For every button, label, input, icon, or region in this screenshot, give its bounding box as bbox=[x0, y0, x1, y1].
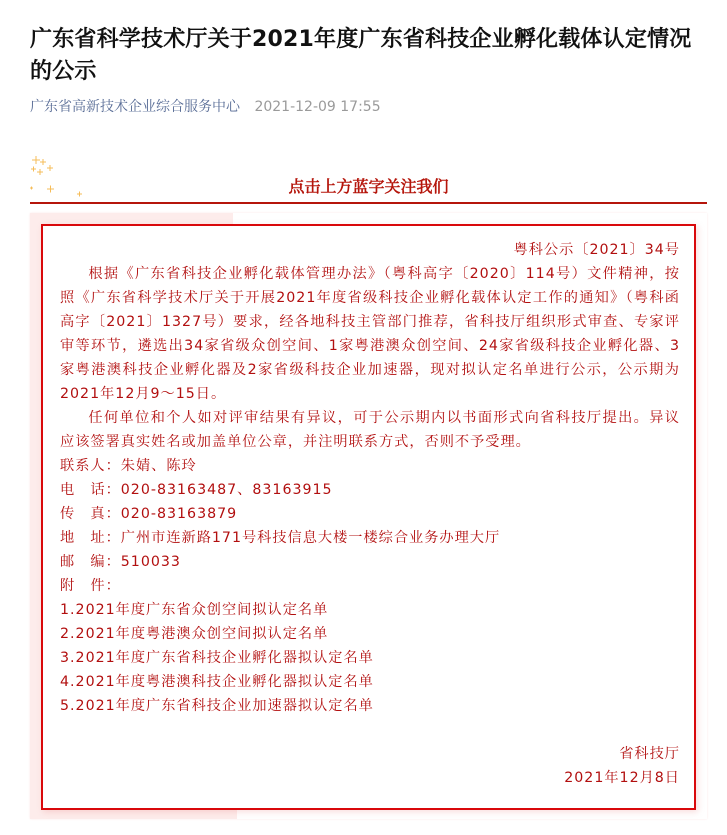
paragraph: 根据《广东省科技企业孵化载体管理办法》（粤科高字〔2020〕114号）文件精神，… bbox=[60, 262, 680, 406]
follow-prompt: 点击上方蓝字关注我们 bbox=[30, 176, 707, 198]
attachment-item: 5.2021年度广东省科技企业加速器拟认定名单 bbox=[60, 694, 680, 718]
divider bbox=[30, 202, 707, 204]
document-number: 粤科公示〔2021〕34号 bbox=[60, 238, 680, 262]
attachment-item: 4.2021年度粤港澳科技企业孵化器拟认定名单 bbox=[60, 670, 680, 694]
signature: 省科技厅 bbox=[60, 742, 680, 766]
publish-time: 2021-12-09 17:55 bbox=[254, 99, 380, 115]
attachment-item: 1.2021年度广东省众创空间拟认定名单 bbox=[60, 598, 680, 622]
contact-person: 联系人：朱婧、陈玲 bbox=[60, 454, 680, 478]
attachment-item: 2.2021年度粤港澳众创空间拟认定名单 bbox=[60, 622, 680, 646]
contact-postcode: 邮 编：510033 bbox=[60, 550, 680, 574]
account-name-link[interactable]: 广东省高新技术企业综合服务中心 bbox=[30, 99, 240, 115]
spacer bbox=[60, 718, 680, 742]
article-title: 广东省科学技术厅关于2021年度广东省科技企业孵化载体认定情况的公示 bbox=[30, 24, 710, 88]
contact-address: 地 址：广州市连新路171号科技信息大楼一楼综合业务办理大厅 bbox=[60, 526, 680, 550]
notice-card: 粤科公示〔2021〕34号 根据《广东省科技企业孵化载体管理办法》（粤科高字〔2… bbox=[41, 224, 696, 810]
notice-body: 粤科公示〔2021〕34号 根据《广东省科技企业孵化载体管理办法》（粤科高字〔2… bbox=[60, 238, 680, 790]
frame-tint bbox=[30, 213, 41, 819]
attachments-label: 附 件： bbox=[60, 574, 680, 598]
article-meta: 广东省高新技术企业综合服务中心 2021-12-09 17:55 bbox=[30, 97, 381, 117]
paragraph: 任何单位和个人如对评审结果有异议，可于公示期内以书面形式向省科技厅提出。异议应该… bbox=[60, 406, 680, 454]
attachment-item: 3.2021年度广东省科技企业孵化器拟认定名单 bbox=[60, 646, 680, 670]
contact-phone: 电 话：020-83163487、83163915 bbox=[60, 478, 680, 502]
signature-date: 2021年12月8日 bbox=[60, 766, 680, 790]
contact-fax: 传 真：020-83163879 bbox=[60, 502, 680, 526]
